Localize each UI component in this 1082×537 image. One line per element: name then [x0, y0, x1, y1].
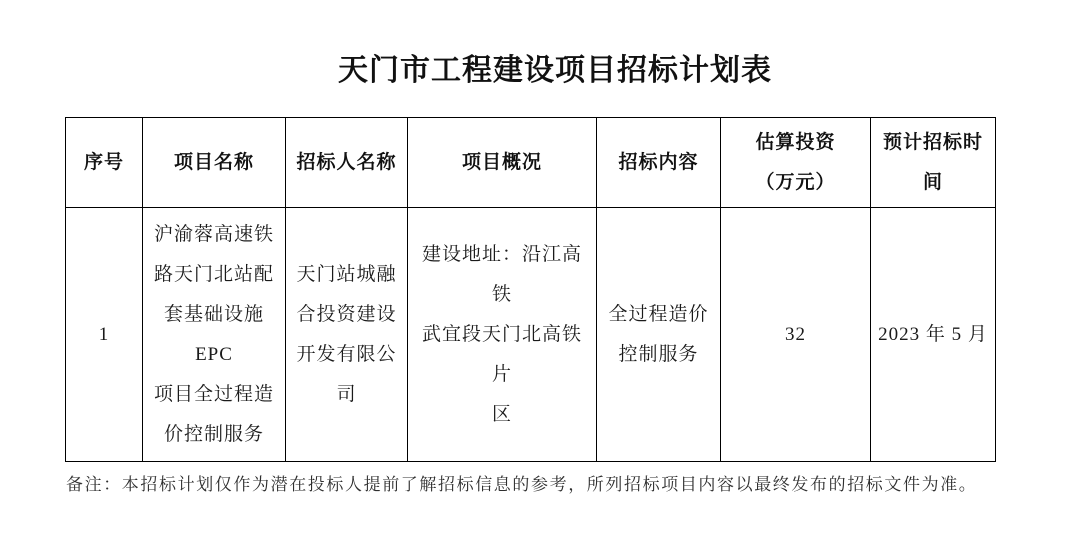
header-estimated-investment: 估算投资 （万元）	[721, 118, 871, 208]
cell-expected-bidding-time: 2023 年 5 月	[871, 208, 996, 462]
cell-project-name: 沪渝蓉高速铁 路天门北站配 套基础设施 EPC 项目全过程造 价控制服务	[143, 208, 286, 462]
cell-bidding-content: 全过程造价 控制服务	[597, 208, 721, 462]
cell-project-overview: 建设地址：沿江高铁 武宜段天门北高铁片 区	[408, 208, 597, 462]
table-row: 1 沪渝蓉高速铁 路天门北站配 套基础设施 EPC 项目全过程造 价控制服务 天…	[66, 208, 996, 462]
table-header-row: 序号 项目名称 招标人名称 项目概况 招标内容 估算投资 （万元） 预计招标时间	[66, 118, 996, 208]
bidding-plan-table: 序号 项目名称 招标人名称 项目概况 招标内容 估算投资 （万元） 预计招标时间…	[65, 117, 996, 462]
header-bidding-content: 招标内容	[597, 118, 721, 208]
remark-note: 备注：本招标计划仅作为潜在投标人提前了解招标信息的参考，所列招标项目内容以最终发…	[66, 470, 1056, 500]
header-expected-bidding-time: 预计招标时间	[871, 118, 996, 208]
header-project-name: 项目名称	[143, 118, 286, 208]
header-seq: 序号	[66, 118, 143, 208]
page-title: 天门市工程建设项目招标计划表	[65, 52, 1045, 90]
cell-estimated-investment: 32	[721, 208, 871, 462]
cell-tenderee: 天门站城融 合投资建设 开发有限公 司	[286, 208, 408, 462]
header-tenderee: 招标人名称	[286, 118, 408, 208]
header-project-overview: 项目概况	[408, 118, 597, 208]
cell-seq: 1	[66, 208, 143, 462]
